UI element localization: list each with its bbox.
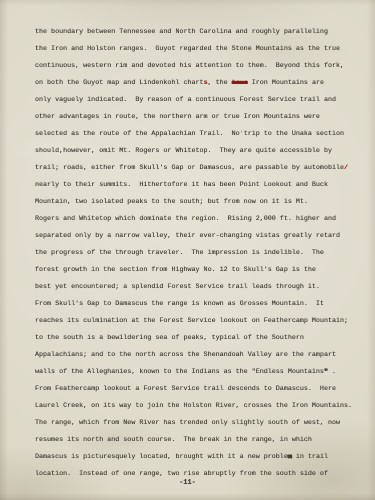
text-segment: selected as the route of the Appalachian…: [35, 130, 240, 138]
text-segment: on both the Guyot map and Lindenkohl cha…: [35, 79, 204, 87]
text-segment: the boundary between Tennessee and North…: [35, 28, 328, 36]
text-line: continuous, western rim and devoted his …: [35, 58, 365, 75]
text-line: Appalachians; and to the north across th…: [35, 347, 365, 364]
text-line: only vaguely indicated. By reason of a c…: [35, 92, 365, 109]
text-segment: Appalachians; and to the north across th…: [35, 351, 336, 359]
text-line: on both the Guyot map and Lindenkohl cha…: [35, 75, 365, 92]
text-line: walls of the Alleghanies, known to the I…: [35, 364, 365, 381]
text-line: the progress of the through traveler. Th…: [35, 245, 365, 262]
text-segment: only vaguely indicated. By reason of a c…: [35, 96, 336, 104]
red-ink-annotation: /: [344, 164, 348, 172]
text-line: resumes its north and south course. The …: [35, 432, 365, 449]
text-line: Rogers and Whitetop which dominate the r…: [35, 211, 365, 228]
text-line: best yet encountered; a splendid Forest …: [35, 279, 365, 296]
typewritten-text-block: the boundary between Tennessee and North…: [35, 24, 365, 483]
text-line: nearly to their summits. Hithertofore it…: [35, 177, 365, 194]
text-segment: in trail: [292, 453, 328, 461]
scanned-document-page: the boundary between Tennessee and North…: [0, 0, 375, 500]
text-line: trail; roads, either from Skull's Gap or…: [35, 160, 365, 177]
text-line: reaches its culmination at the Forest Se…: [35, 313, 365, 330]
text-line: the boundary between Tennessee and North…: [35, 24, 365, 41]
text-segment: From Feathercamp lookout a Forest Servic…: [35, 385, 336, 393]
page-number: -11-: [0, 479, 375, 487]
text-segment: trail; roads, either from Skull's Gap or…: [35, 164, 344, 172]
text-line: other advantages in route, the northern …: [35, 109, 365, 126]
text-segment: Laurel Creek, on its way to join the Hol…: [35, 402, 352, 410]
struck-annotation: true: [232, 79, 248, 87]
text-segment: reaches its culmination at the Forest Se…: [35, 317, 348, 325]
text-segment: walls of the Alleghanies, known to the I…: [35, 368, 324, 376]
text-segment: should,however, omit Mt. Rogers or White…: [35, 147, 332, 155]
text-line: forest growth in the section from Highwa…: [35, 262, 365, 279]
text-segment: Rogers and Whitetop which dominate the r…: [35, 215, 336, 223]
text-line: Laurel Creek, on its way to join the Hol…: [35, 398, 365, 415]
text-segment: resumes its north and south course. The …: [35, 436, 312, 444]
text-segment: trip to the Unaka section: [244, 130, 344, 138]
text-segment: Iron Mountains are: [248, 79, 324, 87]
text-segment: .: [328, 368, 336, 376]
text-segment: separated only by a narrow valley, their…: [35, 232, 340, 240]
faint-annotation: ': [240, 130, 244, 138]
text-segment: the progress of the through traveler. Th…: [35, 249, 324, 257]
text-segment: continuous, western rim and devoted his …: [35, 62, 344, 70]
text-segment: From Skull's Gap to Damascus the range i…: [35, 300, 324, 308]
text-segment: Damascus is picturesquely located, broug…: [35, 453, 288, 461]
text-line: should,however, omit Mt. Rogers or White…: [35, 143, 365, 160]
text-line: The range, which from New River has tren…: [35, 415, 365, 432]
text-line: the Iron and Holston ranges. Guyot regar…: [35, 41, 365, 58]
text-segment: Mountain, two isolated peaks to the sout…: [35, 198, 308, 206]
text-line: From Feathercamp lookout a Forest Servic…: [35, 381, 365, 398]
text-line: From Skull's Gap to Damascus the range i…: [35, 296, 365, 313]
text-line: selected as the route of the Appalachian…: [35, 126, 365, 143]
text-line: to the south is a bewildering sea of pea…: [35, 330, 365, 347]
text-segment: The range, which from New River has tren…: [35, 419, 340, 427]
text-segment: other advantages in route, the northern …: [35, 113, 320, 121]
text-segment: , the: [208, 79, 232, 87]
text-segment: best yet encountered; a splendid Forest …: [35, 283, 320, 291]
text-line: Damascus is picturesquely located, broug…: [35, 449, 365, 466]
text-segment: location. Instead of one range, two rise…: [35, 470, 328, 478]
text-segment: to the south is a bewildering sea of pea…: [35, 334, 304, 342]
text-line: separated only by a narrow valley, their…: [35, 228, 365, 245]
text-line: Mountain, two isolated peaks to the sout…: [35, 194, 365, 211]
text-segment: nearly to their summits. Hithertofore it…: [35, 181, 328, 189]
text-segment: the Iron and Holston ranges. Guyot regar…: [35, 45, 340, 53]
text-segment: forest growth in the section from Highwa…: [35, 266, 316, 274]
